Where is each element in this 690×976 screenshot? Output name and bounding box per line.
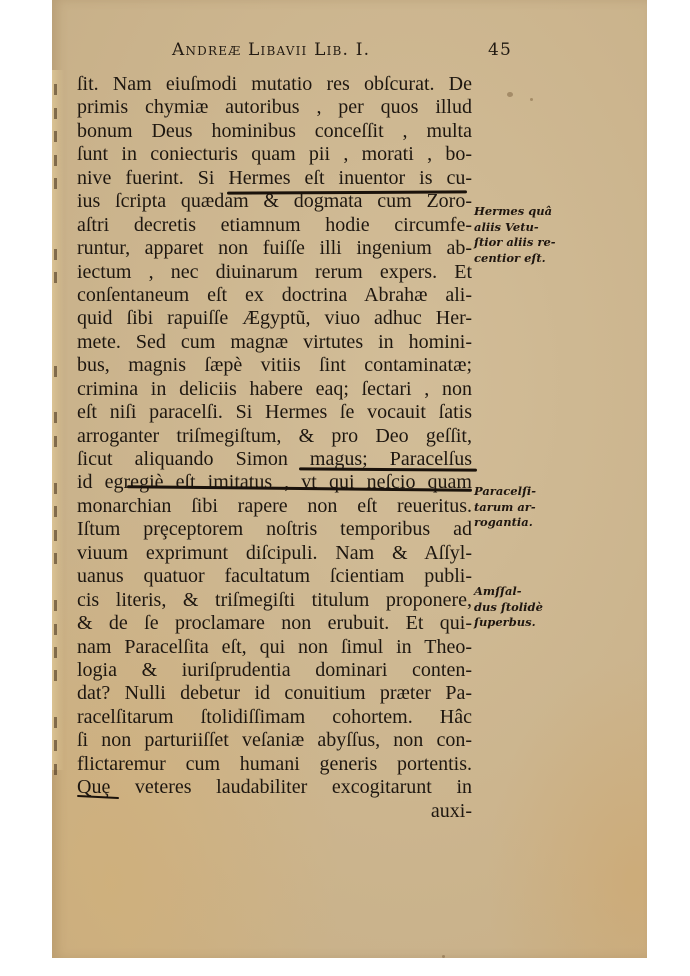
gutter-mark xyxy=(54,600,57,611)
text-line: Quȩ veteres laudabiliter excogitarunt in xyxy=(77,776,472,799)
text-line: runtur, apparet non fuiſſe illi ingenium… xyxy=(77,237,472,260)
gutter-mark xyxy=(54,506,57,517)
marginal-line: ſtior aliis re- xyxy=(474,235,584,251)
text-line: ſunt in coniecturis quam pii , morati , … xyxy=(77,143,472,166)
text-line: viuum exprimunt diſcipuli. Nam & Aſſyl- xyxy=(77,542,472,565)
marginal-note-hermes: Hermes quâ aliis Vetu- ſtior aliis re- c… xyxy=(474,204,584,266)
text-line: conſentaneum eſt ex doctrina Abrahæ ali- xyxy=(77,284,472,307)
gutter-mark xyxy=(54,178,57,189)
text-line: mete. Sed cum magnæ virtutes in homini- xyxy=(77,331,472,354)
gutter-mark xyxy=(54,624,57,635)
gutter-mark xyxy=(54,553,57,564)
gutter-mark xyxy=(54,530,57,541)
gutter-mark xyxy=(54,155,57,166)
catchword: auxi- xyxy=(77,800,472,823)
text-line: quid ſibi rapuiſſe Ægyptũ, viuo adhuc He… xyxy=(77,307,472,330)
text-line: iectum , nec diuinarum rerum expers. Et xyxy=(77,261,472,284)
marginal-line: dus ſtolidè xyxy=(474,600,584,616)
marginal-line: Paracelſi- xyxy=(474,484,584,500)
marginal-line: tarum ar- xyxy=(474,500,584,516)
text-line: Iſtum prȩceptorem noſtris temporibus ad xyxy=(77,518,472,541)
marginal-line: Amſſal- xyxy=(474,584,584,600)
gutter-mark xyxy=(54,436,57,447)
text-line: crimina in deliciis habere eaq; ſectari … xyxy=(77,378,472,401)
gutter-mark xyxy=(54,764,57,775)
text-line: dat? Nulli debetur id conuitium præter P… xyxy=(77,682,472,705)
text-line: aſtri decretis etiamnum hodie circumfe- xyxy=(77,214,472,237)
gutter-mark xyxy=(54,483,57,494)
text-line: ſi non parturiiſſet veſaniæ abyſſus, non… xyxy=(77,729,472,752)
gutter-mark xyxy=(54,108,57,119)
text-line: nam Paracelſita eſt, qui non ſimul in Th… xyxy=(77,636,472,659)
paper-stain xyxy=(530,98,533,101)
paper-stain xyxy=(507,92,513,97)
gutter-mark xyxy=(54,272,57,283)
text-line: eſt niſi paracelſi. Si Hermes ſe vocauit… xyxy=(77,401,472,424)
book-page: Andreæ Libavii Lib. I. 45 ſit. Nam eiuſm… xyxy=(52,0,647,958)
text-line: arroganter triſmegiſtum, & pro Deo geſſi… xyxy=(77,425,472,448)
text-line: nive fuerint. Si Hermes eſt inuentor is … xyxy=(77,167,472,190)
marginal-note-paracelsitarum: Paracelſi- tarum ar- rogantia. xyxy=(474,484,584,531)
text-line: primis chymiæ autoribus , per quos illud xyxy=(77,96,472,119)
marginal-line: aliis Vetu- xyxy=(474,220,584,236)
marginal-line: Hermes quâ xyxy=(474,204,584,220)
marginal-line: rogantia. xyxy=(474,515,584,531)
running-head-title: Andreæ Libavii Lib. I. xyxy=(172,40,370,60)
text-line: cis literis, & triſmegiſti titulum propo… xyxy=(77,589,472,612)
running-head: Andreæ Libavii Lib. I. 45 xyxy=(172,40,512,60)
gutter-mark xyxy=(54,366,57,377)
gutter-mark xyxy=(54,740,57,751)
text-line: racelſitarum ſtolidiſſimam cohortem. Hâc xyxy=(77,706,472,729)
page-number: 45 xyxy=(488,40,512,60)
paper-stain xyxy=(442,955,445,958)
text-line: ſit. Nam eiuſmodi mutatio res obſcurat. … xyxy=(77,73,472,96)
marginal-line: ſuperbus. xyxy=(474,615,584,631)
marginal-note-amssaldus: Amſſal- dus ſtolidè ſuperbus. xyxy=(474,584,584,631)
gutter-mark xyxy=(54,131,57,142)
text-line: bonum Deus hominibus conceſſit , multa xyxy=(77,120,472,143)
gutter-mark xyxy=(54,84,57,95)
text-line: monarchian ſibi rapere non eſt reueritus… xyxy=(77,495,472,518)
text-line: flictaremur cum humani generis portentis… xyxy=(77,753,472,776)
gutter-mark xyxy=(54,647,57,658)
body-text: ſit. Nam eiuſmodi mutatio res obſcurat. … xyxy=(77,73,472,823)
text-line: logia & iuriſprudentia dominari conten- xyxy=(77,659,472,682)
text-line: uanus quatuor facultatum ſcientiam publi… xyxy=(77,565,472,588)
gutter-mark xyxy=(54,249,57,260)
text-line: bus, magnis ſæpè vitiis ſint contaminatæ… xyxy=(77,354,472,377)
text-line: & de ſe proclamare non erubuit. Et qui- xyxy=(77,612,472,635)
gutter-mark xyxy=(54,670,57,681)
text-line: id egregiè eſt imitatus , vt qui neſcio … xyxy=(77,471,472,494)
gutter-mark xyxy=(54,717,57,728)
marginal-line: centior eſt. xyxy=(474,251,584,267)
gutter-mark xyxy=(54,412,57,423)
